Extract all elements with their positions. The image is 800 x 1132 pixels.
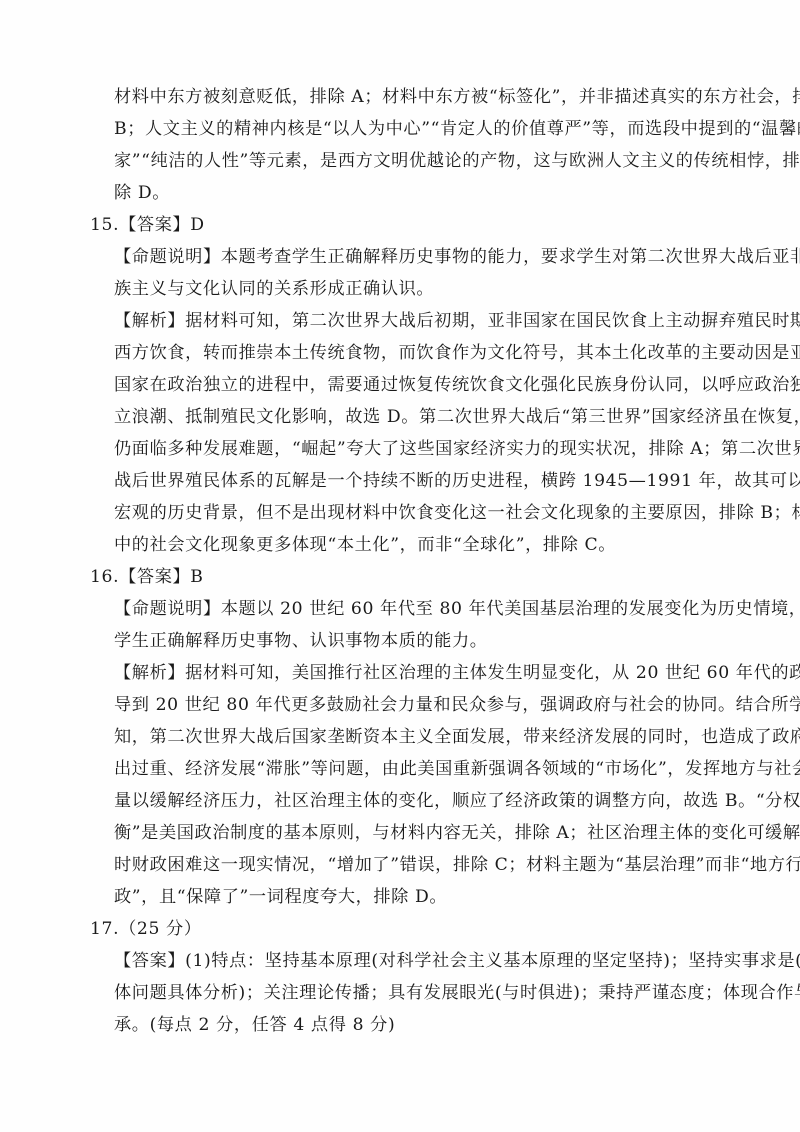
text-line: 材料中东方被刻意贬低，排除 A；材料中东方被“标签化”，并非描述真实的东方社会，… [114, 84, 800, 110]
text-line: 【答案】(1)特点：坚持基本原理(对科学社会主义基本原理的坚定坚持)；坚持实事求… [114, 948, 800, 974]
text-line: 政”，且“保障了”一词程度夸大，排除 D。 [114, 884, 447, 910]
text-line: 【解析】据材料可知，第二次世界大战后初期，亚非国家在国民饮食上主动摒弃殖民时期的 [114, 308, 800, 334]
text-line: 导到 20 世纪 80 年代更多鼓励社会力量和民众参与，强调政府与社会的协同。结… [114, 692, 800, 718]
text-line: 体问题具体分析)；关注理论传播；具有发展眼光(与时俱进)；秉持严谨态度；体现合作… [114, 980, 800, 1006]
text-line: 【解析】据材料可知，美国推行社区治理的主体发生明显变化，从 20 世纪 60 年… [114, 660, 800, 686]
text-line: 国家在政治独立的进程中，需要通过恢复传统饮食文化强化民族身份认同，以呼应政治独 [114, 372, 800, 398]
text-line: 战后世界殖民体系的瓦解是一个持续不断的历史进程，横跨 1945—1991 年，故… [114, 468, 800, 494]
text-line: 学生正确解释历史事物、认识事物本质的能力。 [114, 628, 488, 654]
text-line: 量以缓解经济压力，社区治理主体的变化，顺应了经济政策的调整方向，故选 B。“分权… [114, 788, 800, 814]
text-line: 【命题说明】本题以 20 世纪 60 年代至 80 年代美国基层治理的发展变化为… [114, 596, 800, 622]
text-line: B；人文主义的精神内核是“以人为中心”“肯定人的价值尊严”等，而选段中提到的“温… [114, 116, 800, 142]
text-line: 仍面临多种发展难题，“崛起”夸大了这些国家经济实力的现实状况，排除 A；第二次世… [114, 436, 800, 462]
text-line: 西方饮食，转而推崇本土传统食物，而饮食作为文化符号，其本土化改革的主要动因是亚非 [114, 340, 800, 366]
text-line: 除 D。 [114, 180, 170, 206]
text-line: 立浪潮、抵制殖民文化影响，故选 D。第二次世界大战后“第三世界”国家经济虽在恢复… [114, 404, 800, 430]
text-line: 知，第二次世界大战后国家垄断资本主义全面发展，带来经济发展的同时，也造成了政府支 [114, 724, 800, 750]
document-page: 材料中东方被刻意贬低，排除 A；材料中东方被“标签化”，并非描述真实的东方社会，… [0, 0, 800, 1132]
text-line: 族主义与文化认同的关系形成正确认识。 [114, 276, 434, 302]
text-line: 家”“纯洁的人性”等元素，是西方文明优越论的产物，这与欧洲人文主义的传统相悖，排 [114, 148, 800, 174]
text-line: 出过重、经济发展“滞胀”等问题，由此美国重新强调各领域的“市场化”，发挥地方与社… [114, 756, 800, 782]
text-line: 衡”是美国政治制度的基本原则，与材料内容无关，排除 A；社区治理主体的变化可缓解… [114, 820, 800, 846]
question-17-heading: 17.（25 分） [90, 916, 202, 942]
question-15-heading: 15.【答案】D [90, 212, 205, 238]
text-line: 宏观的历史背景，但不是出现材料中饮食变化这一社会文化现象的主要原因，排除 B；材… [114, 500, 800, 526]
text-line: 中的社会文化现象更多体现“本土化”，而非“全球化”，排除 C。 [114, 532, 616, 558]
question-16-heading: 16.【答案】B [90, 564, 204, 590]
text-line: 【命题说明】本题考查学生正确解释历史事物的能力，要求学生对第二次世界大战后亚非民 [114, 244, 800, 270]
text-line: 时财政困难这一现实情况，“增加了”错误，排除 C；材料主题为“基层治理”而非“地… [114, 852, 800, 878]
text-line: 承。(每点 2 分，任答 4 点得 8 分) [114, 1012, 395, 1038]
